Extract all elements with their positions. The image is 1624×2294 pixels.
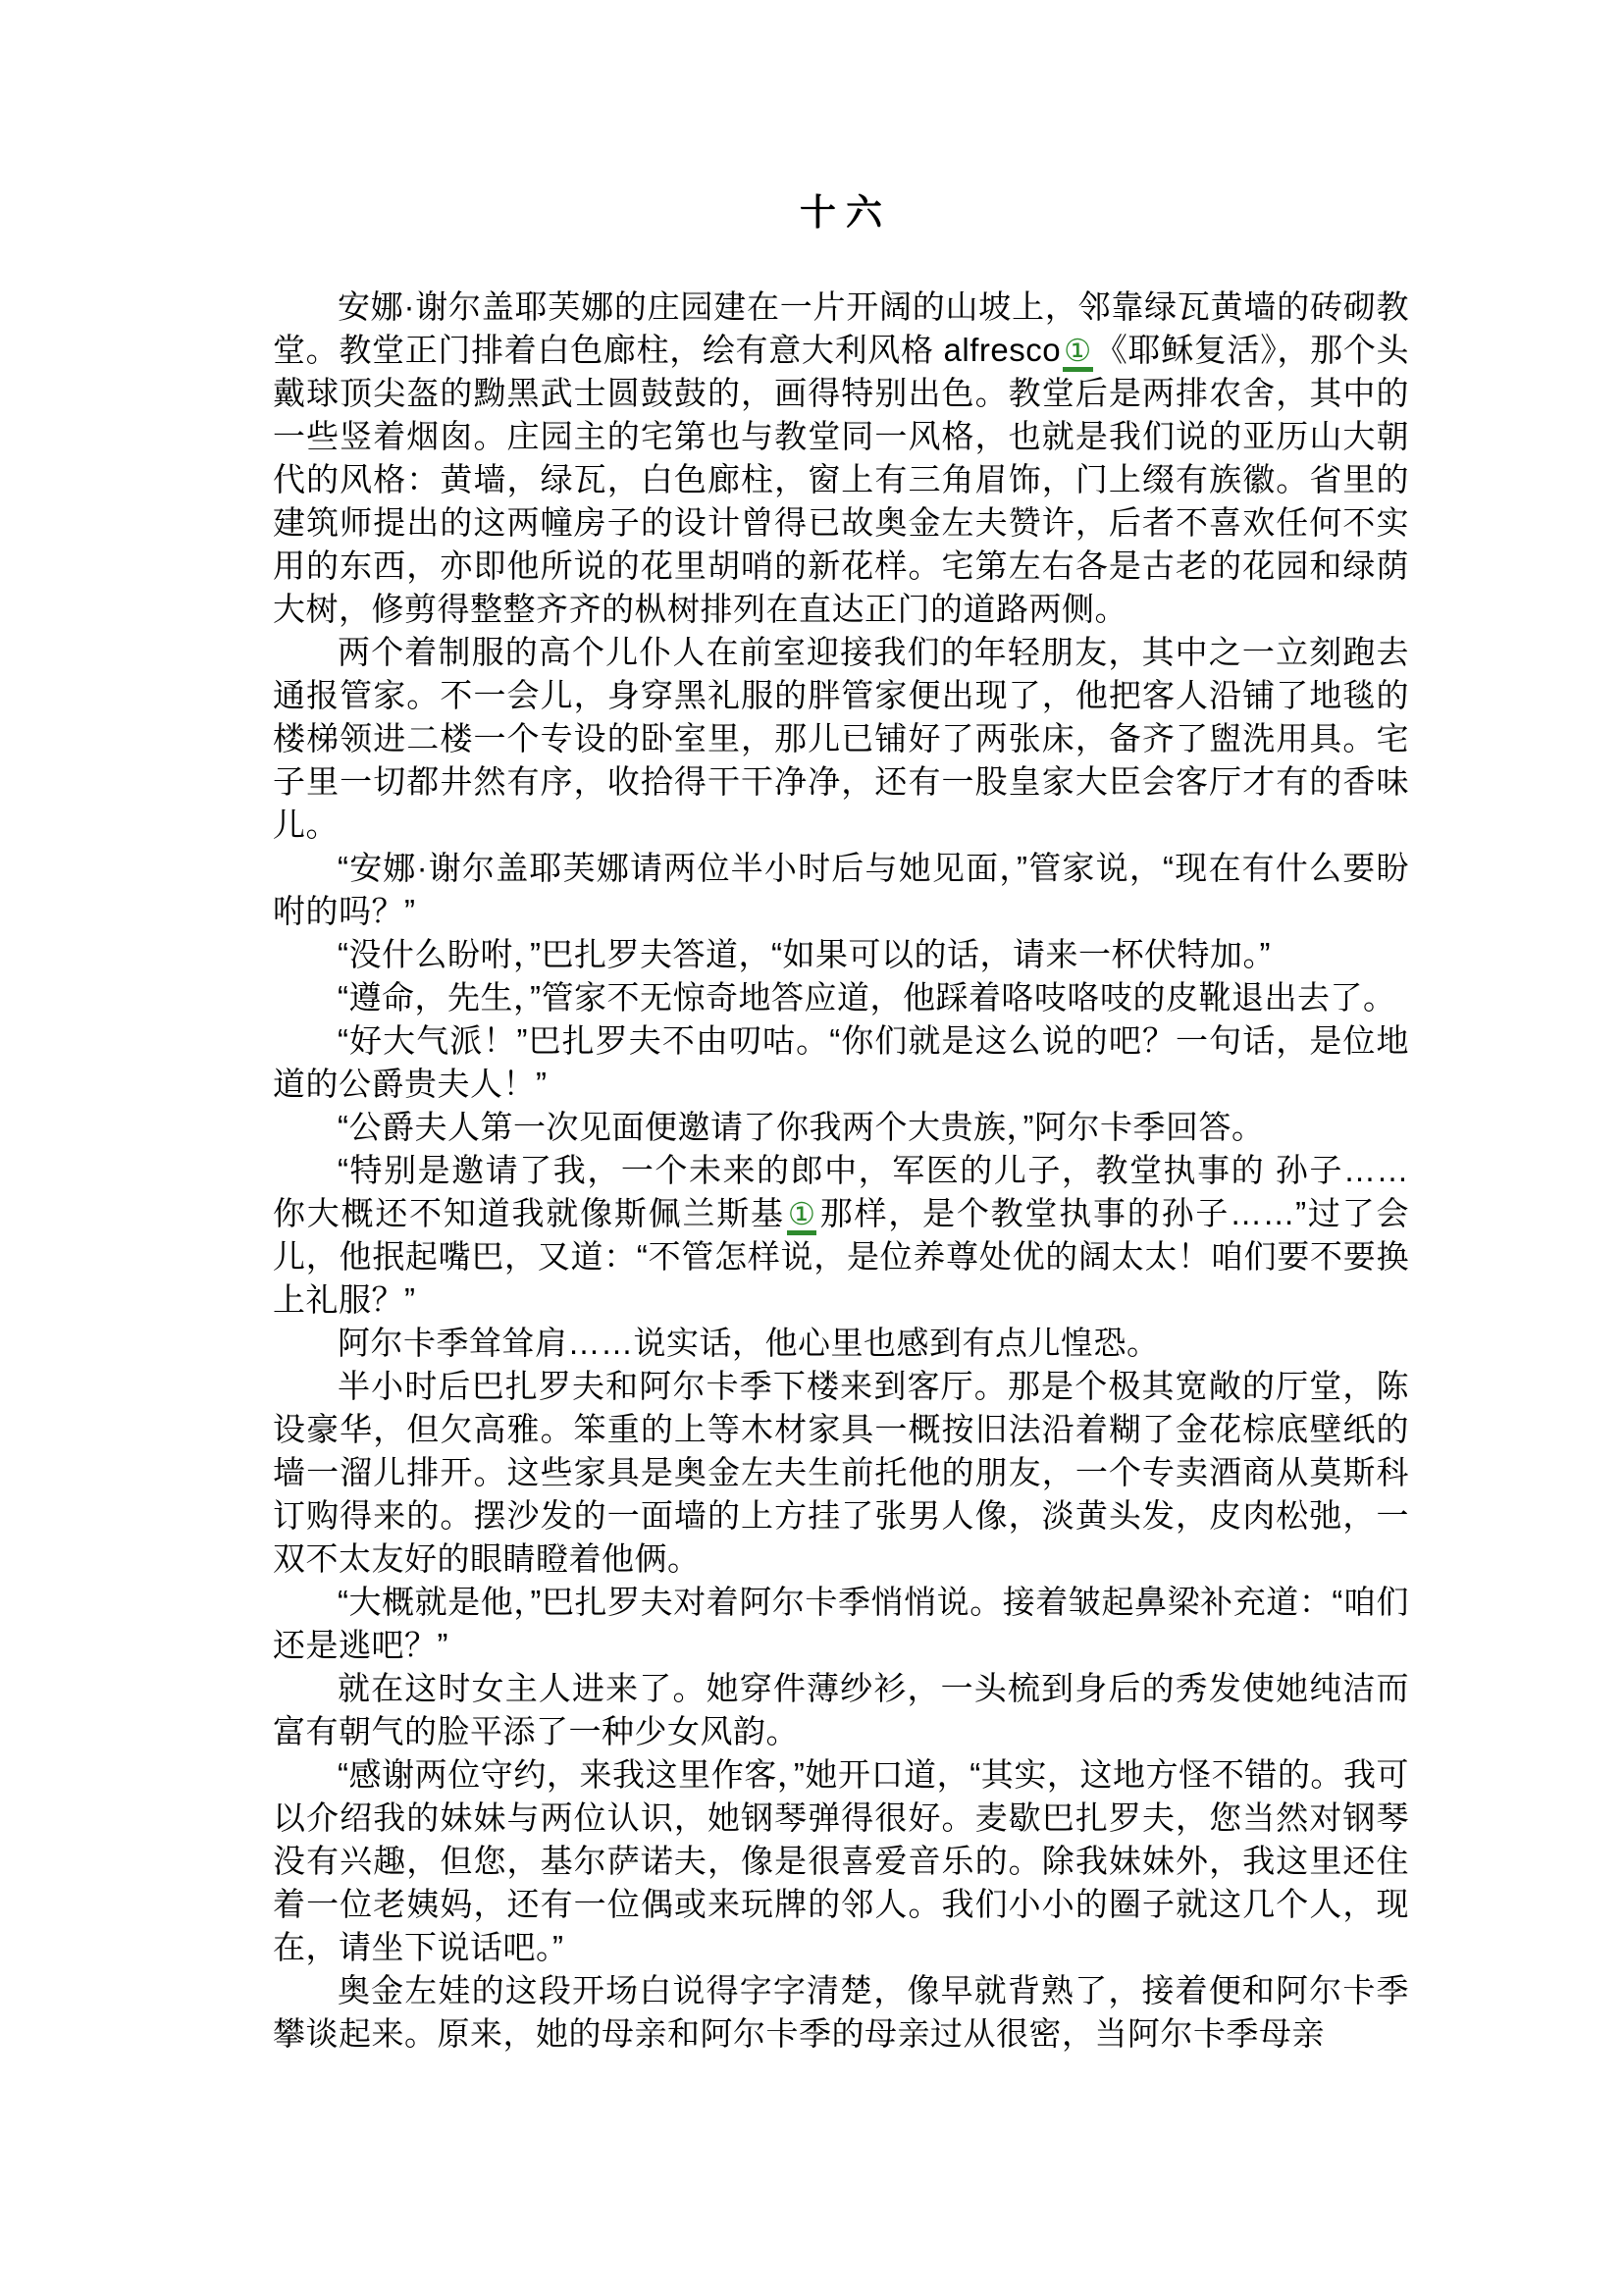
paragraph: 就在这时女主人进来了。她穿件薄纱衫，一头梳到身后的秀发使她纯洁而富有朝气的脸平添… xyxy=(273,1667,1409,1753)
paragraph-text: 半小时后巴扎罗夫和阿尔卡季下楼来到客厅。那是个极其宽敞的厅堂，陈设豪华，但欠高雅… xyxy=(273,1368,1409,1577)
paragraph-text: “感谢两位守约，来我这里作客，”她开口道，“其实，这地方怪不错的。我可以介绍我的… xyxy=(273,1756,1409,1965)
paragraph: “特别是邀请了我，一个未来的郎中，军医的儿子，教堂执事的 孙子……你大概还不知道… xyxy=(273,1149,1409,1322)
paragraph: 安娜·谢尔盖耶芙娜的庄园建在一片开阔的山坡上，邻靠绿瓦黄墙的砖砌教堂。教堂正门排… xyxy=(273,286,1409,631)
paragraph-text: 阿尔卡季耸耸肩……说实话，他心里也感到有点儿惶恐。 xyxy=(338,1325,1160,1361)
paragraph: 半小时后巴扎罗夫和阿尔卡季下楼来到客厅。那是个极其宽敞的厅堂，陈设豪华，但欠高雅… xyxy=(273,1365,1409,1581)
footnote-ref[interactable]: ① xyxy=(787,1199,817,1235)
paragraph: “感谢两位守约，来我这里作客，”她开口道，“其实，这地方怪不错的。我可以介绍我的… xyxy=(273,1753,1409,1969)
paragraph-text: “没什么盼咐，”巴扎罗夫答道，“如果可以的话，请来一杯伏特加。” xyxy=(338,936,1271,972)
page-body: 安娜·谢尔盖耶芙娜的庄园建在一片开阔的山坡上，邻靠绿瓦黄墙的砖砌教堂。教堂正门排… xyxy=(273,286,1409,2057)
paragraph-text: 两个着制服的高个儿仆人在前室迎接我们的年轻朋友，其中之一立刻跑去通报管家。不一会… xyxy=(273,634,1409,843)
paragraph-text: 《耶稣复活》，那个头戴球顶尖盔的黝黑武士圆鼓鼓的，画得特别出色。教堂后是两排农舍… xyxy=(273,332,1409,627)
paragraph-text: “安娜·谢尔盖耶芙娜请两位半小时后与她见面，”管家说，“现在有什么要盼咐的吗？” xyxy=(273,850,1409,929)
paragraph: “好大气派！”巴扎罗夫不由叨咕。“你们就是这么说的吧？一句话，是位地道的公爵贵夫… xyxy=(273,1019,1409,1106)
paragraph-text: “好大气派！”巴扎罗夫不由叨咕。“你们就是这么说的吧？一句话，是位地道的公爵贵夫… xyxy=(273,1022,1409,1102)
document-page: 十六 安娜·谢尔盖耶芙娜的庄园建在一片开阔的山坡上，邻靠绿瓦黄墙的砖砌教堂。教堂… xyxy=(0,0,1624,2294)
paragraph-text: 就在这时女主人进来了。她穿件薄纱衫，一头梳到身后的秀发使她纯洁而富有朝气的脸平添… xyxy=(273,1670,1409,1749)
paragraph: “大概就是他，”巴扎罗夫对着阿尔卡季悄悄说。接着皱起鼻梁补充道：“咱们还是逃吧？… xyxy=(273,1581,1409,1667)
page-content: 十六 安娜·谢尔盖耶芙娜的庄园建在一片开阔的山坡上，邻靠绿瓦黄墙的砖砌教堂。教堂… xyxy=(273,192,1409,2056)
paragraph: 阿尔卡季耸耸肩……说实话，他心里也感到有点儿惶恐。 xyxy=(273,1322,1409,1365)
paragraph: “没什么盼咐，”巴扎罗夫答道，“如果可以的话，请来一杯伏特加。” xyxy=(273,933,1409,976)
paragraph-text: “遵命，先生，”管家不无惊奇地答应道，他踩着咯吱咯吱的皮靴退出去了。 xyxy=(338,979,1395,1016)
footnote-ref[interactable]: ① xyxy=(1063,336,1093,372)
paragraph: 两个着制服的高个儿仆人在前室迎接我们的年轻朋友，其中之一立刻跑去通报管家。不一会… xyxy=(273,631,1409,847)
paragraph: 奥金左娃的这段开场白说得字字清楚，像早就背熟了，接着便和阿尔卡季攀谈起来。原来，… xyxy=(273,1969,1409,2056)
chapter-title: 十六 xyxy=(273,192,1409,235)
paragraph-text: 奥金左娃的这段开场白说得字字清楚，像早就背熟了，接着便和阿尔卡季攀谈起来。原来，… xyxy=(273,1972,1409,2052)
paragraph: “公爵夫人第一次见面便邀请了你我两个大贵族，”阿尔卡季回答。 xyxy=(273,1106,1409,1149)
paragraph: “遵命，先生，”管家不无惊奇地答应道，他踩着咯吱咯吱的皮靴退出去了。 xyxy=(273,976,1409,1019)
paragraph-text: “公爵夫人第一次见面便邀请了你我两个大贵族，”阿尔卡季回答。 xyxy=(338,1109,1264,1145)
paragraph-text: “大概就是他，”巴扎罗夫对着阿尔卡季悄悄说。接着皱起鼻梁补充道：“咱们还是逃吧？… xyxy=(273,1584,1409,1663)
paragraph: “安娜·谢尔盖耶芙娜请两位半小时后与她见面，”管家说，“现在有什么要盼咐的吗？” xyxy=(273,847,1409,933)
